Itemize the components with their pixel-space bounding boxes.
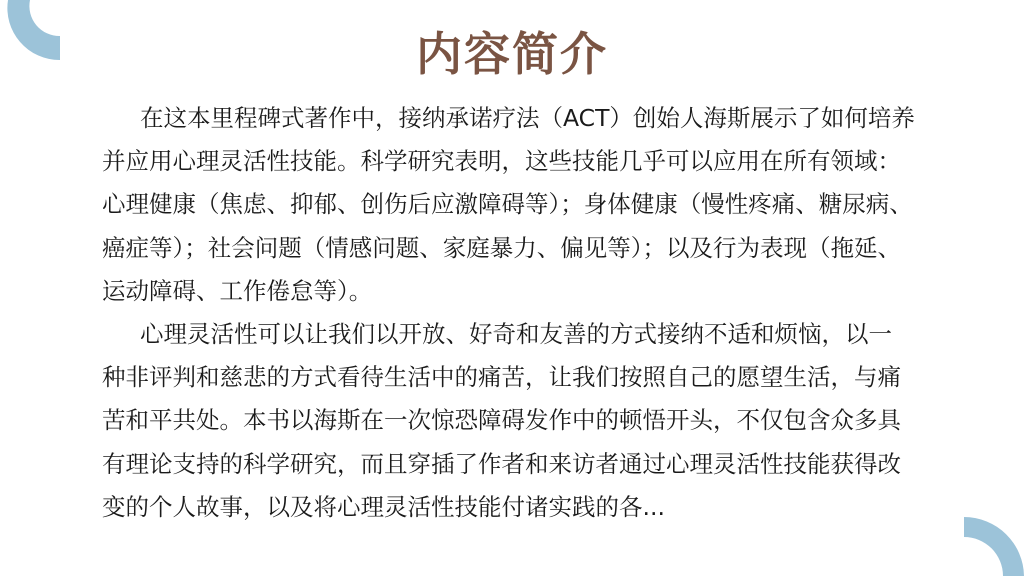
text-line: 变的个人故事，以及将心理灵活性技能付诸实践的各... [55, 486, 955, 529]
text-line: 种非评判和慈悲的方式看待生活中的痛苦，让我们按照自己的愿望生活，与痛 [55, 356, 955, 399]
text-line: 并应用心理灵活性技能。科学研究表明，这些技能几乎可以应用在所有领域： [55, 140, 955, 183]
text-line: 在这本里程碑式著作中，接纳承诺疗法（ACT）创始人海斯展示了如何培养 [55, 97, 955, 140]
text-line: 苦和平共处。本书以海斯在一次惊恐障碍发作中的顿悟开头，不仅包含众多具 [55, 399, 955, 442]
paragraph-1: 在这本里程碑式著作中，接纳承诺疗法（ACT）创始人海斯展示了如何培养 并应用心理… [55, 97, 955, 313]
text-line: 癌症等）；社会问题（情感问题、家庭暴力、偏见等）；以及行为表现（拖延、 [55, 227, 955, 270]
text-line: 心理健康（焦虑、抑郁、创伤后应激障碍等）；身体健康（慢性疼痛、糖尿病、 [55, 183, 955, 226]
text-line: 心理灵活性可以让我们以开放、好奇和友善的方式接纳不适和烦恼，以一 [55, 313, 955, 356]
text-line: 有理论支持的科学研究，而且穿插了作者和来访者通过心理灵活性技能获得改 [55, 443, 955, 486]
paragraph-2: 心理灵活性可以让我们以开放、好奇和友善的方式接纳不适和烦恼，以一 种非评判和慈悲… [55, 313, 955, 529]
summary-body: 在这本里程碑式著作中，接纳承诺疗法（ACT）创始人海斯展示了如何培养 并应用心理… [55, 97, 955, 529]
text-line: 运动障碍、工作倦怠等）。 [55, 270, 955, 313]
slide-title: 内容简介 [0, 22, 1024, 86]
